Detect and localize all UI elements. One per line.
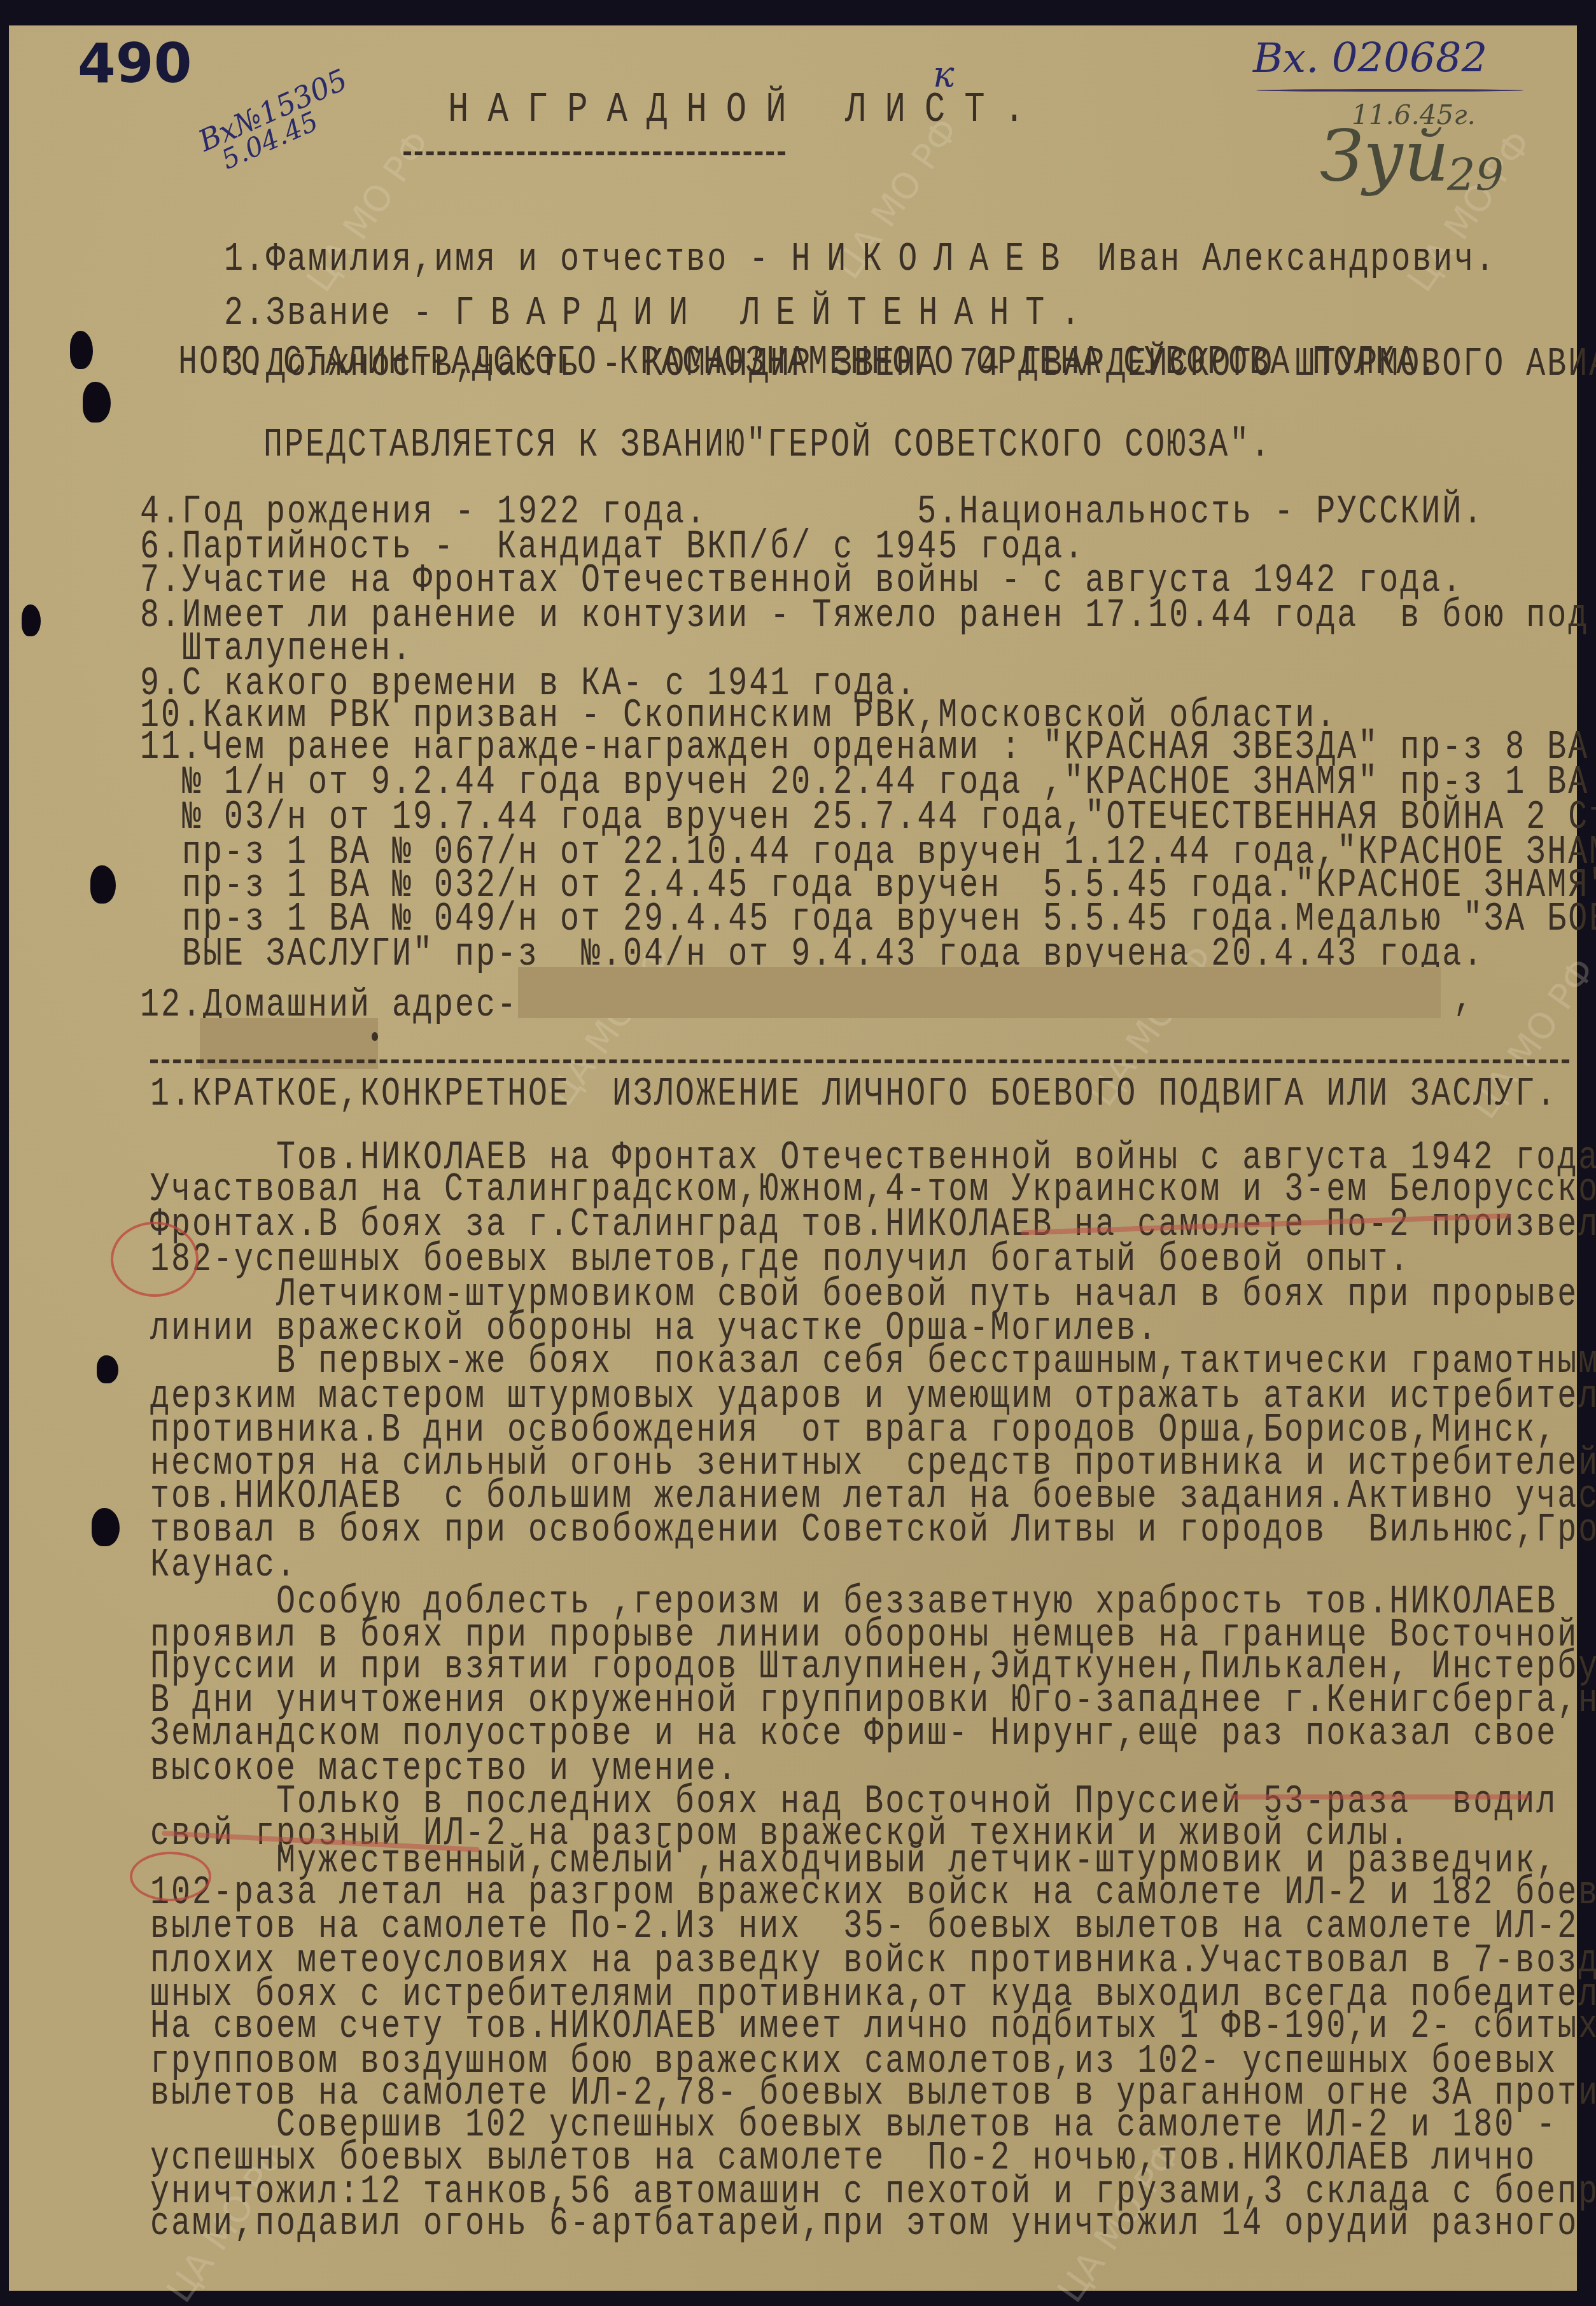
punch-hole <box>90 865 116 904</box>
section-heading: 1.КРАТКОЕ,КОНКРЕТНОЕ ИЗЛОЖЕНИЕ ЛИЧНОГО Б… <box>150 1075 1557 1115</box>
award-sheet-page: ЦА МО РФ ЦА МО РФ ЦА МО РФ ЦА МО РФ ЦА М… <box>9 25 1577 2291</box>
address-period <box>372 1032 378 1041</box>
signature: Зуй <box>1320 121 1449 191</box>
red-circle-102 <box>130 1852 211 1901</box>
body-line: сами,подавил огонь 6-артбатарей,при этом… <box>150 2205 1578 2245</box>
page-mark: 29 <box>1447 153 1504 197</box>
punch-hole <box>83 382 111 423</box>
red-underline-53 <box>1231 1794 1530 1799</box>
title-underline <box>403 151 785 155</box>
punch-hole <box>22 604 41 636</box>
punch-hole <box>92 1508 120 1546</box>
handwritten-underline <box>1256 89 1523 92</box>
red-circle-182 <box>111 1222 199 1297</box>
redacted-address <box>518 967 1441 1018</box>
home-address-trailer: , <box>1453 980 1474 1020</box>
punch-hole <box>70 331 93 369</box>
body-line: твовал в боях при освобождении Советской… <box>150 1511 1596 1551</box>
punch-hole <box>97 1355 118 1383</box>
document-title: НАГРАДНОЙ ЛИСТ. <box>448 89 1044 132</box>
section-divider <box>150 1059 1569 1063</box>
first-patronymic: Иван Александрович. <box>1076 237 1496 283</box>
sheet-number: 490 <box>78 32 192 95</box>
nomination-line: ПРЕДСТАВЛЯЕТСЯ К ЗВАНИЮ"ГЕРОЙ СОВЕТСКОГО… <box>263 426 1271 466</box>
incoming-number-right: Вх. 020682 <box>1253 38 1487 79</box>
field-position-continued: НОГО СТАЛИНГРАДСКОГО КРАСНОЗНАМЕННОГО ОР… <box>178 344 1438 384</box>
